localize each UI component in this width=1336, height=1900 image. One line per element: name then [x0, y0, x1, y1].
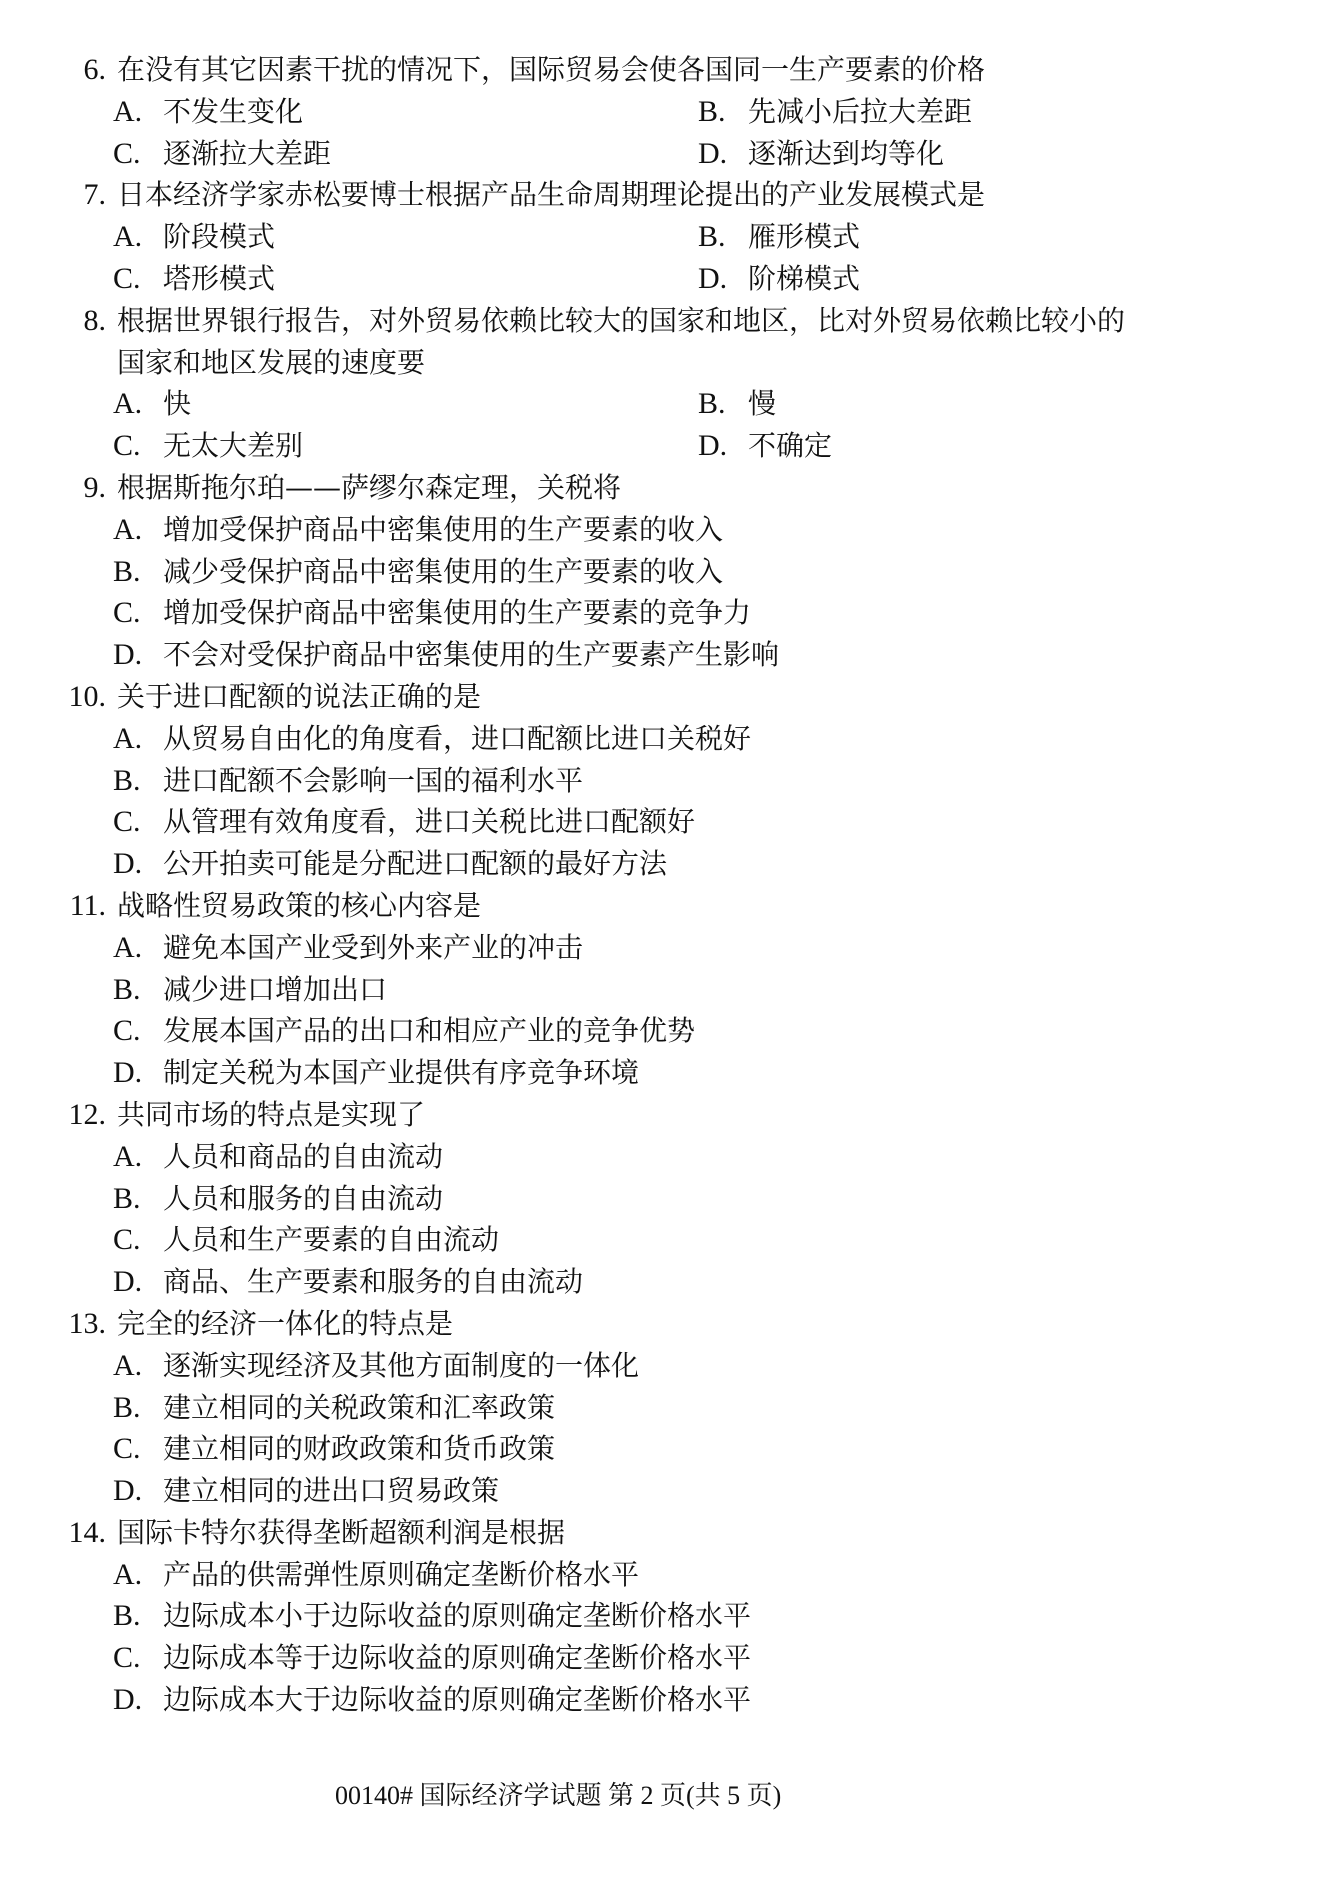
option-d: D.不会对受保护商品中密集使用的生产要素产生影响: [113, 634, 779, 676]
question-9: 9. 根据斯拖尔珀——萨缪尔森定理，关税将: [0, 467, 1336, 509]
question-11: 11. 战略性贸易政策的核心内容是: [0, 885, 1336, 927]
option-row: A.从贸易自由化的角度看，进口配额比进口关税好: [0, 718, 1336, 760]
option-b: B.人员和服务的自由流动: [113, 1178, 443, 1220]
option-row: A.不发生变化 B.先减小后拉大差距: [0, 91, 1336, 133]
option-d: D.不确定: [698, 425, 832, 467]
question-text: 根据斯拖尔珀——萨缪尔森定理，关税将: [117, 467, 621, 509]
option-c: C.逐渐拉大差距: [113, 133, 331, 175]
option-a: A.从贸易自由化的角度看，进口配额比进口关税好: [113, 718, 751, 760]
option-row: C.发展本国产品的出口和相应产业的竞争优势: [0, 1010, 1336, 1052]
page-footer: 00140# 国际经济学试题 第 2 页(共 5 页): [335, 1776, 781, 1816]
question-number: 11.: [70, 885, 106, 927]
option-b: B.慢: [698, 383, 776, 425]
option-row: A.避免本国产业受到外来产业的冲击: [0, 927, 1336, 969]
option-row: C.增加受保护商品中密集使用的生产要素的竞争力: [0, 592, 1336, 634]
question-number: 9.: [84, 467, 107, 509]
option-row: D.制定关税为本国产业提供有序竞争环境: [0, 1052, 1336, 1094]
option-row: D.不会对受保护商品中密集使用的生产要素产生影响: [0, 634, 1336, 676]
option-b: B.雁形模式: [698, 216, 860, 258]
option-row: C.无太大差别 D.不确定: [0, 425, 1336, 467]
question-number: 13.: [69, 1303, 107, 1345]
question-6: 6. 在没有其它因素干扰的情况下，国际贸易会使各国同一生产要素的价格: [0, 49, 1336, 91]
option-row: B.进口配额不会影响一国的福利水平: [0, 760, 1336, 802]
question-text: 完全的经济一体化的特点是: [117, 1303, 453, 1345]
question-text: 日本经济学家赤松要博士根据产品生命周期理论提出的产业发展模式是: [117, 174, 985, 216]
option-d: D.公开拍卖可能是分配进口配额的最好方法: [113, 843, 667, 885]
option-c: C.从管理有效角度看，进口关税比进口配额好: [113, 801, 695, 843]
option-d: D.阶梯模式: [698, 258, 860, 300]
question-8: 8. 根据世界银行报告，对外贸易依赖比较大的国家和地区，比对外贸易依赖比较小的: [0, 300, 1336, 342]
option-c: C.发展本国产品的出口和相应产业的竞争优势: [113, 1010, 695, 1052]
option-c: C.建立相同的财政政策和货币政策: [113, 1428, 555, 1470]
question-text: 在没有其它因素干扰的情况下，国际贸易会使各国同一生产要素的价格: [117, 49, 985, 91]
option-row: C.逐渐拉大差距 D.逐渐达到均等化: [0, 133, 1336, 175]
question-13: 13. 完全的经济一体化的特点是: [0, 1303, 1336, 1345]
option-row: A.产品的供需弹性原则确定垄断价格水平: [0, 1554, 1336, 1596]
option-b: B.减少进口增加出口: [113, 969, 387, 1011]
option-row: C.人员和生产要素的自由流动: [0, 1219, 1336, 1261]
option-c: C.无太大差别: [113, 425, 303, 467]
option-d: D.制定关税为本国产业提供有序竞争环境: [113, 1052, 639, 1094]
option-a: A.增加受保护商品中密集使用的生产要素的收入: [113, 509, 723, 551]
option-a: A.人员和商品的自由流动: [113, 1136, 443, 1178]
option-row: C.从管理有效角度看，进口关税比进口配额好: [0, 801, 1336, 843]
question-number: 10.: [69, 676, 107, 718]
option-row: B.减少进口增加出口: [0, 969, 1336, 1011]
option-a: A.避免本国产业受到外来产业的冲击: [113, 927, 583, 969]
option-d: D.建立相同的进出口贸易政策: [113, 1470, 499, 1512]
question-14: 14. 国际卡特尔获得垄断超额利润是根据: [0, 1512, 1336, 1554]
option-b: B.进口配额不会影响一国的福利水平: [113, 760, 583, 802]
question-7: 7. 日本经济学家赤松要博士根据产品生命周期理论提出的产业发展模式是: [0, 174, 1336, 216]
question-10: 10. 关于进口配额的说法正确的是: [0, 676, 1336, 718]
option-d: D.逐渐达到均等化: [698, 133, 944, 175]
question-number: 8.: [84, 300, 107, 342]
question-text-cont: 国家和地区发展的速度要: [117, 342, 425, 384]
question-number: 7.: [84, 174, 107, 216]
option-row: D.建立相同的进出口贸易政策: [0, 1470, 1336, 1512]
option-d: D.商品、生产要素和服务的自由流动: [113, 1261, 583, 1303]
option-row: C.边际成本等于边际收益的原则确定垄断价格水平: [0, 1637, 1336, 1679]
option-row: D.公开拍卖可能是分配进口配额的最好方法: [0, 843, 1336, 885]
question-text: 战略性贸易政策的核心内容是: [117, 885, 481, 927]
option-a: A.快: [113, 383, 191, 425]
option-c: C.增加受保护商品中密集使用的生产要素的竞争力: [113, 592, 751, 634]
option-row: B.减少受保护商品中密集使用的生产要素的收入: [0, 551, 1336, 593]
option-c: C.边际成本等于边际收益的原则确定垄断价格水平: [113, 1637, 751, 1679]
option-row: D.商品、生产要素和服务的自由流动: [0, 1261, 1336, 1303]
option-a: A.阶段模式: [113, 216, 275, 258]
option-b: B.建立相同的关税政策和汇率政策: [113, 1387, 555, 1429]
option-row: A.人员和商品的自由流动: [0, 1136, 1336, 1178]
option-b: B.边际成本小于边际收益的原则确定垄断价格水平: [113, 1595, 751, 1637]
option-row: A.增加受保护商品中密集使用的生产要素的收入: [0, 509, 1336, 551]
option-row: D.边际成本大于边际收益的原则确定垄断价格水平: [0, 1679, 1336, 1721]
option-row: A.逐渐实现经济及其他方面制度的一体化: [0, 1345, 1336, 1387]
option-a: A.逐渐实现经济及其他方面制度的一体化: [113, 1345, 639, 1387]
question-number: 14.: [69, 1512, 107, 1554]
question-number: 12.: [69, 1094, 107, 1136]
question-text: 国际卡特尔获得垄断超额利润是根据: [117, 1512, 565, 1554]
option-b: B.减少受保护商品中密集使用的生产要素的收入: [113, 551, 723, 593]
question-12: 12. 共同市场的特点是实现了: [0, 1094, 1336, 1136]
option-d: D.边际成本大于边际收益的原则确定垄断价格水平: [113, 1679, 751, 1721]
option-row: B.人员和服务的自由流动: [0, 1178, 1336, 1220]
question-text-continued: 国家和地区发展的速度要: [0, 342, 1336, 384]
question-text: 共同市场的特点是实现了: [117, 1094, 425, 1136]
question-text: 根据世界银行报告，对外贸易依赖比较大的国家和地区，比对外贸易依赖比较小的: [117, 300, 1125, 342]
question-number: 6.: [84, 49, 107, 91]
option-a: A.不发生变化: [113, 91, 303, 133]
exam-page: 6. 在没有其它因素干扰的情况下，国际贸易会使各国同一生产要素的价格 A.不发生…: [0, 49, 1336, 1721]
option-c: C.塔形模式: [113, 258, 275, 300]
question-text: 关于进口配额的说法正确的是: [117, 676, 481, 718]
option-row: C.建立相同的财政政策和货币政策: [0, 1428, 1336, 1470]
option-row: B.边际成本小于边际收益的原则确定垄断价格水平: [0, 1595, 1336, 1637]
option-c: C.人员和生产要素的自由流动: [113, 1219, 499, 1261]
option-row: A.快 B.慢: [0, 383, 1336, 425]
option-row: B.建立相同的关税政策和汇率政策: [0, 1387, 1336, 1429]
option-b: B.先减小后拉大差距: [698, 91, 972, 133]
option-row: A.阶段模式 B.雁形模式: [0, 216, 1336, 258]
option-row: C.塔形模式 D.阶梯模式: [0, 258, 1336, 300]
option-a: A.产品的供需弹性原则确定垄断价格水平: [113, 1554, 639, 1596]
